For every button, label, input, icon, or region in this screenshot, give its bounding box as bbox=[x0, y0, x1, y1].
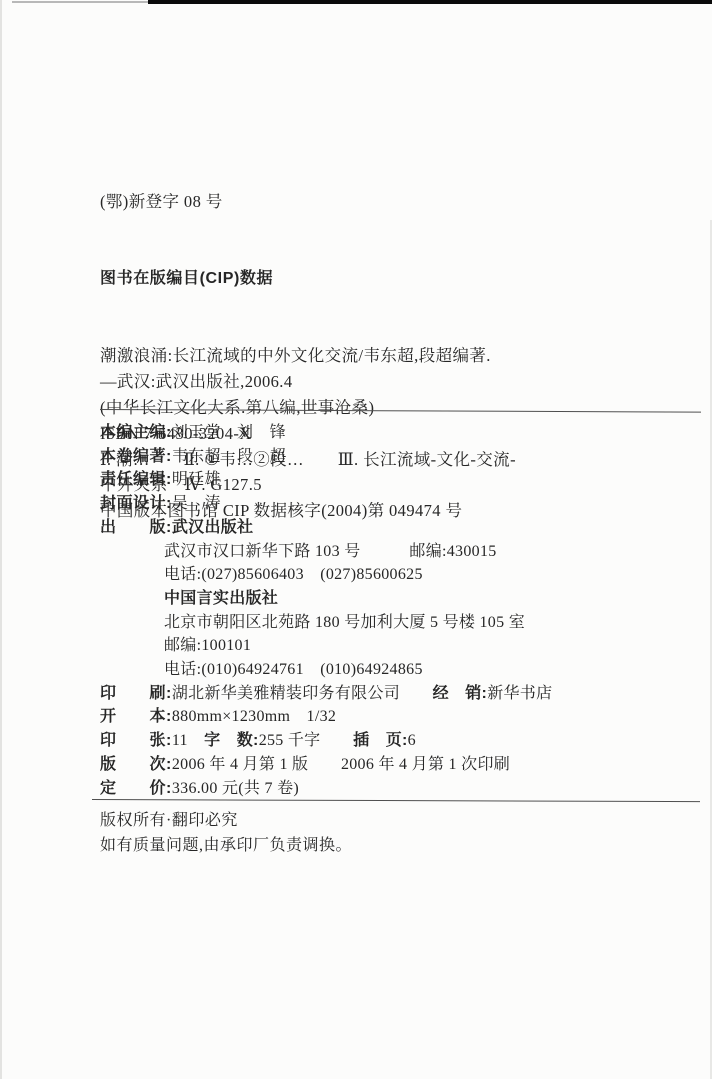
colophon-row: 本编主编:刘玉堂 刘 锋 bbox=[100, 421, 690, 445]
colophon-row: 出 版:武汉出版社 bbox=[100, 516, 690, 540]
colophon-row-label: 印 张: bbox=[100, 729, 172, 753]
colophon-row: 中国言实出版社 bbox=[100, 587, 690, 611]
colophon-row-value: 明廷雄 bbox=[172, 471, 221, 488]
colophon-row-value: 刘玉堂 刘 锋 bbox=[172, 424, 286, 441]
colophon-row: 电话:(010)64924761 (010)64924865 bbox=[100, 658, 690, 682]
cip-line: —武汉:武汉出版社,2006.4 bbox=[100, 369, 645, 395]
colophon-row: 印 刷:湖北新华美雅精装印务有限公司 经 销:新华书店 bbox=[100, 682, 690, 706]
colophon-row: 印 张:11 字 数:255 千字 插 页:6 bbox=[100, 729, 690, 753]
colophon-inline-label: 武汉出版社 bbox=[172, 519, 254, 536]
colophon-row-label: 出 版: bbox=[100, 516, 172, 540]
colophon-inline-label: 经 销: bbox=[433, 685, 488, 702]
colophon-row-label: 开 本: bbox=[100, 705, 172, 729]
book-copyright-page: (鄂)新登字 08 号 图书在版编目(CIP)数据 潮激浪涌:长江流域的中外文化… bbox=[0, 0, 712, 1079]
colophon-row-label: 封面设计: bbox=[100, 492, 172, 516]
colophon-row-label: 版 次: bbox=[100, 753, 172, 777]
notice-line: 版权所有·翻印必究 bbox=[100, 808, 660, 833]
colophon-row-value: 新华书店 bbox=[487, 685, 552, 702]
colophon-row: 电话:(027)85606403 (027)85600625 bbox=[100, 563, 690, 587]
cip-line: 潮激浪涌:长江流域的中外文化交流/韦东超,段超编著. bbox=[100, 343, 645, 369]
colophon-row: 北京市朝阳区北苑路 180 号加利大厦 5 号楼 105 室 bbox=[100, 611, 690, 635]
colophon-row-value: 2006 年 4 月第 1 版 2006 年 4 月第 1 次印刷 bbox=[172, 756, 510, 773]
colophon-row-value: 6 bbox=[408, 732, 416, 749]
colophon-row: 责任编辑:明廷雄 bbox=[100, 468, 690, 492]
colophon-row-value: 电话:(027)85606403 (027)85600625 bbox=[164, 566, 423, 583]
colophon-row-value: 880mm×1230mm 1/32 bbox=[172, 708, 336, 725]
colophon-block: 本编主编:刘玉堂 刘 锋本卷编著:韦东超 段 超责任编辑:明廷雄封面设计:吴 涛… bbox=[100, 421, 690, 800]
cip-line: (中华长江文化大系.第八编,世事沧桑) bbox=[100, 395, 645, 421]
colophon-row-value: 武汉市汉口新华下路 103 号 邮编:430015 bbox=[164, 543, 497, 560]
scan-artifact-top-bar bbox=[148, 0, 712, 4]
scan-artifact-left-edge bbox=[0, 0, 2, 1079]
colophon-row-label: 本编主编: bbox=[100, 421, 172, 445]
colophon-row-value: 11 bbox=[172, 732, 204, 749]
registration-number: (鄂)新登字 08 号 bbox=[100, 189, 645, 215]
colophon-row-value: 255 千字 bbox=[259, 732, 353, 749]
colophon-row: 定 价:336.00 元(共 7 卷) bbox=[100, 777, 690, 801]
colophon-row-label: 责任编辑: bbox=[100, 468, 172, 492]
colophon-row-value: 湖北新华美雅精装印务有限公司 bbox=[172, 685, 433, 702]
cip-heading: 图书在版编目(CIP)数据 bbox=[100, 266, 645, 292]
colophon-inline-label: 插 页: bbox=[353, 732, 408, 749]
colophon-row-value: 北京市朝阳区北苑路 180 号加利大厦 5 号楼 105 室 bbox=[164, 614, 525, 631]
colophon-row: 武汉市汉口新华下路 103 号 邮编:430015 bbox=[100, 540, 690, 564]
colophon-row-value: 邮编:100101 bbox=[164, 637, 251, 654]
colophon-inline-label: 字 数: bbox=[204, 732, 259, 749]
colophon-row-value: 电话:(010)64924761 (010)64924865 bbox=[164, 661, 423, 678]
scan-artifact-thin-line bbox=[12, 1, 152, 3]
colophon-row: 版 次:2006 年 4 月第 1 版 2006 年 4 月第 1 次印刷 bbox=[100, 753, 690, 777]
colophon-row: 开 本:880mm×1230mm 1/32 bbox=[100, 705, 690, 729]
colophon-row-label: 本卷编著: bbox=[100, 445, 172, 469]
colophon-row-value: 336.00 元(共 7 卷) bbox=[172, 780, 299, 797]
colophon-row: 邮编:100101 bbox=[100, 634, 690, 658]
copyright-notice: 版权所有·翻印必究如有质量问题,由承印厂负责调换。 bbox=[100, 808, 660, 858]
colophon-row: 本卷编著:韦东超 段 超 bbox=[100, 445, 690, 469]
colophon-row-value: 韦东超 段 超 bbox=[172, 448, 286, 465]
colophon-row-label: 定 价: bbox=[100, 777, 172, 801]
notice-line: 如有质量问题,由承印厂负责调换。 bbox=[100, 833, 660, 858]
colophon-row: 封面设计:吴 涛 bbox=[100, 492, 690, 516]
colophon-row-value: 吴 涛 bbox=[172, 495, 221, 512]
colophon-row-label: 印 刷: bbox=[100, 682, 172, 706]
colophon-inline-label: 中国言实出版社 bbox=[164, 590, 278, 607]
